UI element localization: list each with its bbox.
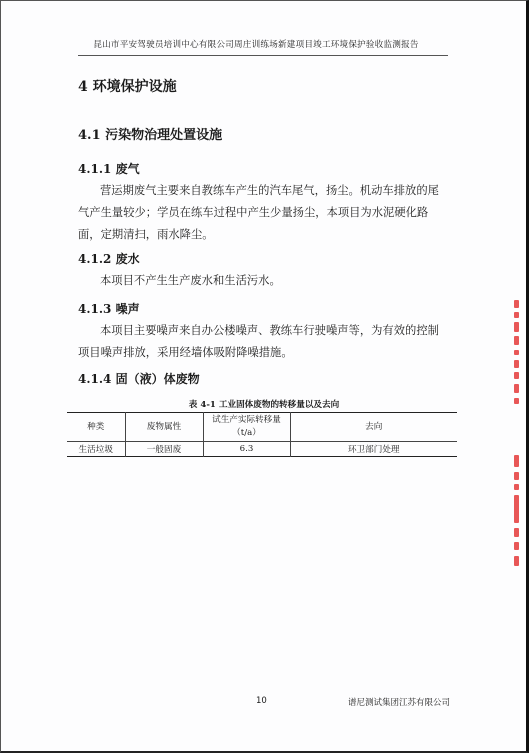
header-type: 种类 xyxy=(67,413,125,442)
solid-waste-table: 种类 废物属性 试生产实际转移量（t/a） 去向 生活垃圾 一般固废 6.3 环… xyxy=(67,412,457,457)
header-attribute: 废物属性 xyxy=(125,413,203,442)
cell-destination: 环卫部门处理 xyxy=(290,442,457,457)
subsection-title-wastewater: 4.1.2 废水 xyxy=(78,250,140,267)
header-transfer-amount: 试生产实际转移量（t/a） xyxy=(203,413,290,442)
chapter-title: 4 环境保护设施 xyxy=(78,76,177,96)
cell-type: 生活垃圾 xyxy=(67,442,125,457)
table-row: 生活垃圾 一般固废 6.3 环卫部门处理 xyxy=(67,442,457,457)
page-number: 10 xyxy=(256,696,267,706)
paragraph-noise: 本项目主要噪声来自办公楼噪声、教练车行驶噪声等，为有效的控制项目噪声排放，采用经… xyxy=(78,320,450,364)
paragraph-wastewater: 本项目不产生生产废水和生活污水。 xyxy=(78,270,450,292)
paragraph-exhaust-text: 营运期废气主要来自教练车产生的汽车尾气，扬尘。机动车排放的尾气产生量较少；学员在… xyxy=(78,184,439,241)
subsection-title-solid-waste: 4.1.4 固（液）体废物 xyxy=(78,370,200,387)
red-seal-stamp-fragment xyxy=(513,300,523,570)
header-rule xyxy=(78,55,448,56)
subsection-title-noise: 4.1.3 噪声 xyxy=(78,300,140,317)
running-header: 昆山市平安驾驶员培训中心有限公司周庄训练场新建项目竣工环境保护验收监测报告 xyxy=(76,38,436,50)
table-caption: 表 4-1 工业固体废物的转移量以及去向 xyxy=(78,398,450,410)
header-transfer-unit: （t/a） xyxy=(232,428,261,438)
paragraph-noise-text: 本项目主要噪声来自办公楼噪声、教练车行驶噪声等，为有效的控制项目噪声排放，采用经… xyxy=(78,324,439,359)
cell-transfer-amount: 6.3 xyxy=(203,442,290,457)
footer-company: 谱尼测试集团江苏有限公司 xyxy=(348,696,450,708)
paragraph-wastewater-text: 本项目不产生生产废水和生活污水。 xyxy=(100,274,281,287)
table-header-row: 种类 废物属性 试生产实际转移量（t/a） 去向 xyxy=(67,413,457,442)
cell-attribute: 一般固废 xyxy=(125,442,203,457)
paragraph-exhaust: 营运期废气主要来自教练车产生的汽车尾气，扬尘。机动车排放的尾气产生量较少；学员在… xyxy=(78,180,450,246)
header-transfer-amount-label: 试生产实际转移量 xyxy=(212,415,281,425)
subsection-title-exhaust: 4.1.1 废气 xyxy=(78,160,140,177)
section-title: 4.1 污染物治理处置设施 xyxy=(78,124,222,143)
header-destination: 去向 xyxy=(290,413,457,442)
